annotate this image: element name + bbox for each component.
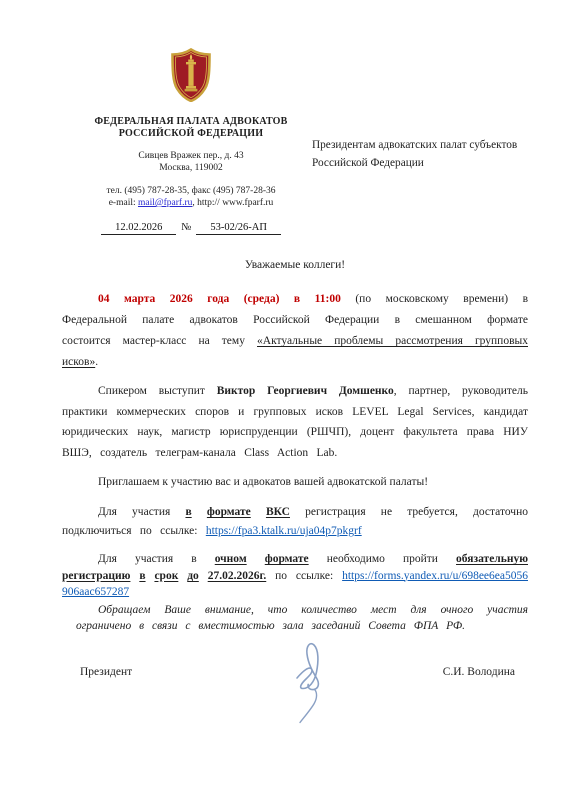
letterhead: ФЕДЕРАЛЬНАЯ ПАЛАТА АДВОКАТОВ РОССИЙСКОЙ … <box>62 48 320 235</box>
letter-number: 53-02/26-АП <box>196 222 281 235</box>
org-contacts: тел. (495) 787-28-35, факс (495) 787-28-… <box>62 185 320 209</box>
signature-row: Президент С.И. Володина <box>62 666 527 678</box>
signer-position: Президент <box>80 666 132 678</box>
addressee-block: Президентам адвокатских палат субъектов … <box>312 136 534 172</box>
letter-body: Уважаемые коллеги! 04 марта 2026 года (с… <box>62 258 528 635</box>
org-name-line2: РОССИЙСКОЙ ФЕДЕРАЦИИ <box>62 128 320 140</box>
fpa-emblem-icon <box>171 48 211 102</box>
inperson-tail: по ссылке: <box>266 570 333 582</box>
inperson-format: очном формате <box>215 553 309 565</box>
inperson-lead: Для участия в <box>98 553 215 565</box>
paragraph-event-announcement: 04 марта 2026 года (среда) в 11:00 (по м… <box>62 289 528 373</box>
addressee-line1: Президентам адвокатских палат субъектов <box>312 136 534 154</box>
paragraph-invitation: Приглашаем к участию вас и адвокатов ваш… <box>62 472 528 493</box>
org-name: ФЕДЕРАЛЬНАЯ ПАЛАТА АДВОКАТОВ РОССИЙСКОЙ … <box>62 116 320 140</box>
email-label: e-mail: <box>109 198 138 208</box>
email-line: e-mail: mail@fparf.ru, http:// www.fparf… <box>62 197 320 209</box>
inperson-mid: необходимо пройти <box>309 553 456 565</box>
speaker-lead: Спикером выступит <box>98 385 217 397</box>
addressee-line2: Российской Федерации <box>312 154 534 172</box>
greeting: Уважаемые коллеги! <box>62 258 528 273</box>
event-tail: . <box>95 356 98 368</box>
event-datetime: 04 марта 2026 года (среда) в 11:00 <box>98 293 341 305</box>
org-address: Сивцев Вражек пер., д. 43 Москва, 119002 <box>62 150 320 174</box>
paragraph-note: Обращаем Ваше внимание, что количество м… <box>76 602 528 635</box>
letter-date: 12.02.2026 <box>101 222 176 235</box>
org-name-line1: ФЕДЕРАЛЬНАЯ ПАЛАТА АДВОКАТОВ <box>62 116 320 128</box>
paragraph-speaker: Спикером выступит Виктор Георгиевич Домш… <box>62 381 528 463</box>
number-sign: № <box>181 222 191 233</box>
vks-link[interactable]: https://fpa3.ktalk.ru/uja04p7pkgrf <box>206 525 362 537</box>
address-line1: Сивцев Вражек пер., д. 43 <box>62 150 320 162</box>
vks-format: в формате ВКС <box>185 506 290 518</box>
address-line2: Москва, 119002 <box>62 162 320 174</box>
signer-name: С.И. Володина <box>443 666 515 678</box>
speaker-name: Виктор Георгиевич Домшенко <box>217 385 394 397</box>
date-number-line: 12.02.2026№53-02/26-АП <box>62 222 320 235</box>
paragraph-vks: Для участия в формате ВКС регистрация не… <box>62 503 528 541</box>
vks-lead: Для участия <box>98 506 185 518</box>
email-link[interactable]: mail@fparf.ru <box>138 198 192 208</box>
letter-page: ФЕДЕРАЛЬНАЯ ПАЛАТА АДВОКАТОВ РОССИЙСКОЙ … <box>0 0 566 800</box>
website-text: , http:// www.fparf.ru <box>192 198 273 208</box>
signature-icon <box>281 636 341 731</box>
phone-line: тел. (495) 787-28-35, факс (495) 787-28-… <box>62 185 320 197</box>
paragraph-in-person: Для участия в очном формате необходимо п… <box>62 551 528 601</box>
